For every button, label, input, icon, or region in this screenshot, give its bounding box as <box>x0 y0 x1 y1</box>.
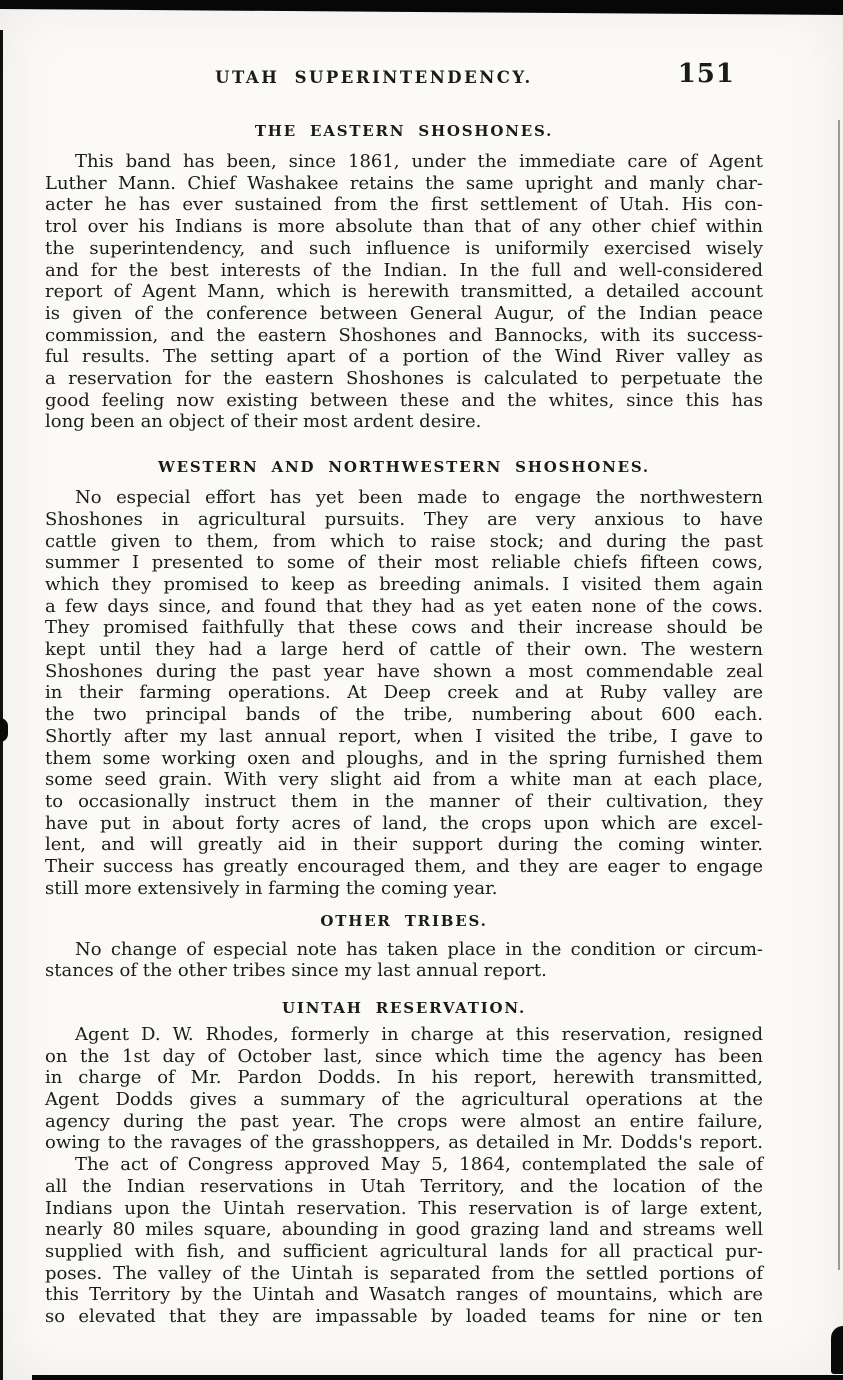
running-header: UTAH SUPERINTENDENCY. 151 <box>45 62 763 92</box>
text-line: nearly 80 miles square, abounding in goo… <box>45 1219 763 1241</box>
text-line: this Territory by the Uintah and Wasatch… <box>45 1284 763 1306</box>
text-line: Their success has greatly encouraged the… <box>45 856 763 878</box>
text-line: supplied with fish, and sufficient agric… <box>45 1241 763 1263</box>
paragraph: No especial effort has yet been made to … <box>45 487 763 899</box>
text-line: long been an object of their most ardent… <box>45 411 763 433</box>
text-line: to occasionally instruct them in the man… <box>45 791 763 813</box>
scan-edge-bottom-bar <box>32 1375 843 1380</box>
text-line: on the 1st day of October last, since wh… <box>45 1046 763 1068</box>
section: THE EASTERN SHOSHONES.This band has been… <box>45 122 763 433</box>
page-number: 151 <box>678 59 735 89</box>
text-line: all the Indian reservations in Utah Terr… <box>45 1176 763 1198</box>
text-line: Shortly after my last annual report, whe… <box>45 726 763 748</box>
section-heading: WESTERN AND NORTHWESTERN SHOSHONES. <box>45 458 763 476</box>
text-line: the two principal bands of the tribe, nu… <box>45 704 763 726</box>
section: WESTERN AND NORTHWESTERN SHOSHONES.No es… <box>45 458 763 899</box>
text-line: summer I presented to some of their most… <box>45 552 763 574</box>
section-heading: OTHER TRIBES. <box>45 912 763 930</box>
paragraph: No change of especial note has taken pla… <box>45 939 763 982</box>
paragraph: The act of Congress approved May 5, 1864… <box>45 1154 763 1328</box>
text-line: them some working oxen and ploughs, and … <box>45 748 763 770</box>
text-line: trol over his Indians is more absolute t… <box>45 216 763 238</box>
section: UINTAH RESERVATION.Agent D. W. Rhodes, f… <box>45 999 763 1328</box>
text-line: ful results. The setting apart of a port… <box>45 346 763 368</box>
text-line: No especial effort has yet been made to … <box>45 487 763 509</box>
text-line: Agent D. W. Rhodes, formerly in charge a… <box>45 1024 763 1046</box>
text-line: kept until they had a large herd of catt… <box>45 639 763 661</box>
text-line: some seed grain. With very slight aid fr… <box>45 769 763 791</box>
text-line: poses. The valley of the Uintah is separ… <box>45 1263 763 1285</box>
text-line: commission, and the eastern Shoshones an… <box>45 325 763 347</box>
text-line: This band has been, since 1861, under th… <box>45 151 763 173</box>
text-line: the superintendency, and such influence … <box>45 238 763 260</box>
running-header-title: UTAH SUPERINTENDENCY. <box>45 68 703 87</box>
scan-artifact-left-blob <box>0 718 8 742</box>
scan-edge-left-line <box>0 30 3 1380</box>
text-line: is given of the conference between Gener… <box>45 303 763 325</box>
paragraph: This band has been, since 1861, under th… <box>45 151 763 433</box>
text-line: Shoshones during the past year have show… <box>45 661 763 683</box>
section: OTHER TRIBES.No change of especial note … <box>45 912 763 982</box>
text-line: cattle given to them, from which to rais… <box>45 531 763 553</box>
page-content: UTAH SUPERINTENDENCY. 151 THE EASTERN SH… <box>45 0 763 1328</box>
text-line: lent, and will greatly aid in their supp… <box>45 834 763 856</box>
text-line: in charge of Mr. Pardon Dodds. In his re… <box>45 1067 763 1089</box>
text-line: Agent Dodds gives a summary of the agric… <box>45 1089 763 1111</box>
sections: THE EASTERN SHOSHONES.This band has been… <box>45 122 763 1328</box>
text-line: agency during the past year. The crops w… <box>45 1111 763 1133</box>
text-line: so elevated that they are impassable by … <box>45 1306 763 1328</box>
text-line: a reservation for the eastern Shoshones … <box>45 368 763 390</box>
text-line: a few days since, and found that they ha… <box>45 596 763 618</box>
text-line: stances of the other tribes since my las… <box>45 960 763 982</box>
text-line: owing to the ravages of the grasshoppers… <box>45 1132 763 1154</box>
section-heading: THE EASTERN SHOSHONES. <box>45 122 763 140</box>
text-line: in their farming operations. At Deep cre… <box>45 682 763 704</box>
scanned-document-page: UTAH SUPERINTENDENCY. 151 THE EASTERN SH… <box>0 0 843 1380</box>
text-line: have put in about forty acres of land, t… <box>45 813 763 835</box>
text-line: report of Agent Mann, which is herewith … <box>45 281 763 303</box>
text-line: Indians upon the Uintah reservation. Thi… <box>45 1198 763 1220</box>
text-line: The act of Congress approved May 5, 1864… <box>45 1154 763 1176</box>
paragraph: Agent D. W. Rhodes, formerly in charge a… <box>45 1024 763 1154</box>
text-line: No change of especial note has taken pla… <box>45 939 763 961</box>
text-line: Luther Mann. Chief Washakee retains the … <box>45 173 763 195</box>
text-line: which they promised to keep as breeding … <box>45 574 763 596</box>
text-line: good feeling now existing between these … <box>45 390 763 412</box>
section-heading: UINTAH RESERVATION. <box>45 999 763 1017</box>
scan-artifact-right-blob <box>831 1326 843 1374</box>
text-line: and for the best interests of the Indian… <box>45 260 763 282</box>
text-line: still more extensively in farming the co… <box>45 878 763 900</box>
scan-edge-right-line <box>838 120 840 1270</box>
text-line: They promised faithfully that these cows… <box>45 617 763 639</box>
text-line: acter he has ever sustained from the fir… <box>45 194 763 216</box>
text-line: Shoshones in agricultural pursuits. They… <box>45 509 763 531</box>
